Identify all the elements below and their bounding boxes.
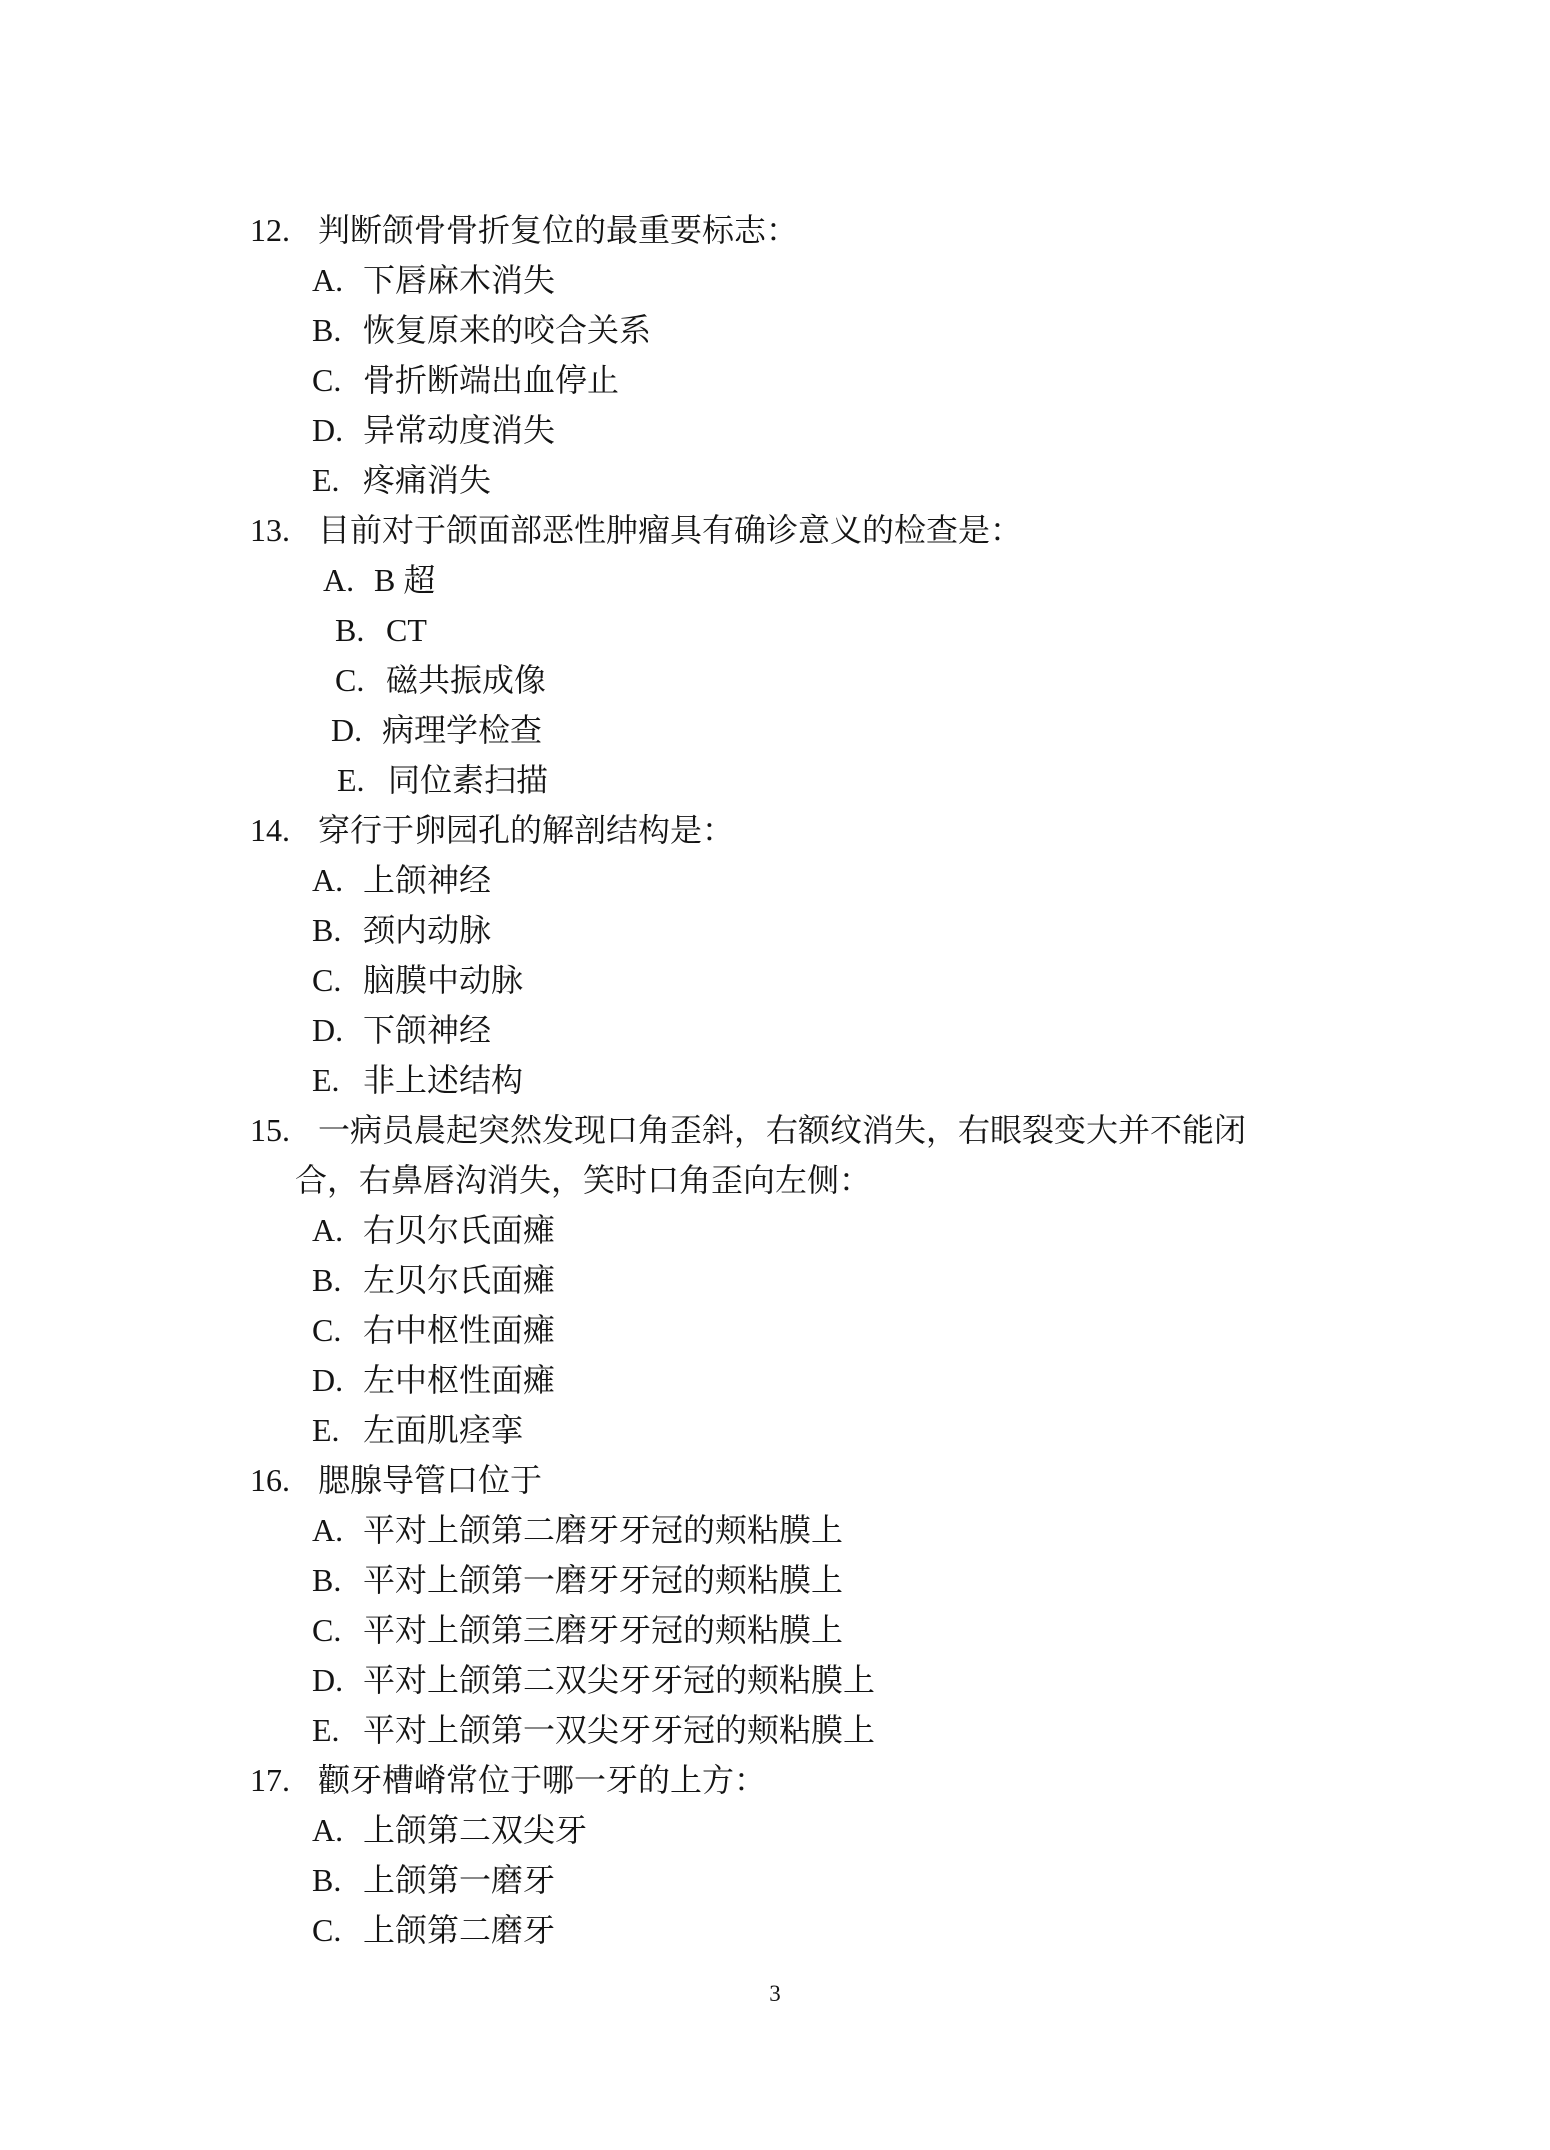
option-line: A.上颌第二双尖牙 bbox=[0, 1805, 1550, 1855]
question-line: 14.穿行于卵园孔的解剖结构是： bbox=[0, 805, 1550, 855]
question-line: 16.腮腺导管口位于 bbox=[0, 1455, 1550, 1505]
option-text: 下唇麻木消失 bbox=[363, 262, 555, 298]
option-text: 左中枢性面瘫 bbox=[363, 1362, 555, 1398]
option-text: 平对上颌第一磨牙牙冠的颊粘膜上 bbox=[363, 1562, 843, 1598]
option-line: B.上颌第一磨牙 bbox=[0, 1855, 1550, 1905]
question-line: 12.判断颌骨骨折复位的最重要标志： bbox=[0, 205, 1550, 255]
option-text: 右中枢性面瘫 bbox=[363, 1312, 555, 1348]
option-letter: E. bbox=[312, 1055, 363, 1105]
option-line: C.脑膜中动脉 bbox=[0, 955, 1550, 1005]
option-text: 下颌神经 bbox=[363, 1012, 491, 1048]
option-line: E.非上述结构 bbox=[0, 1055, 1550, 1105]
question-number: 14. bbox=[250, 805, 318, 855]
option-letter: C. bbox=[312, 955, 363, 1005]
option-text: 磁共振成像 bbox=[386, 662, 546, 698]
option-letter: B. bbox=[312, 305, 363, 355]
option-line: C.磁共振成像 bbox=[0, 655, 1550, 705]
option-text: 平对上颌第一双尖牙牙冠的颊粘膜上 bbox=[363, 1712, 875, 1748]
option-line: C.上颌第二磨牙 bbox=[0, 1905, 1550, 1955]
option-letter: B. bbox=[312, 1255, 363, 1305]
option-line: E.平对上颌第一双尖牙牙冠的颊粘膜上 bbox=[0, 1705, 1550, 1755]
option-letter: D. bbox=[312, 1355, 363, 1405]
option-text: 同位素扫描 bbox=[388, 762, 548, 798]
option-letter: B. bbox=[312, 905, 363, 955]
option-text: 上颌神经 bbox=[363, 862, 491, 898]
option-text: 平对上颌第三磨牙牙冠的颊粘膜上 bbox=[363, 1612, 843, 1648]
option-text: 上颌第二磨牙 bbox=[363, 1912, 555, 1948]
question-text-continuation: 合，右鼻唇沟消失，笑时口角歪向左侧： bbox=[0, 1155, 1550, 1205]
option-letter: D. bbox=[312, 1005, 363, 1055]
option-letter: E. bbox=[337, 755, 388, 805]
option-line: B.平对上颌第一磨牙牙冠的颊粘膜上 bbox=[0, 1555, 1550, 1605]
document-page: 12.判断颌骨骨折复位的最重要标志：A.下唇麻木消失B.恢复原来的咬合关系C.骨… bbox=[0, 0, 1550, 2150]
option-line: B.颈内动脉 bbox=[0, 905, 1550, 955]
option-line: E.同位素扫描 bbox=[0, 755, 1550, 805]
option-text: B 超 bbox=[374, 562, 435, 598]
option-text: 骨折断端出血停止 bbox=[363, 362, 619, 398]
option-letter: C. bbox=[335, 655, 386, 705]
option-letter: E. bbox=[312, 1705, 363, 1755]
option-letter: E. bbox=[312, 455, 363, 505]
question-line: 13.目前对于颌面部恶性肿瘤具有确诊意义的检查是： bbox=[0, 505, 1550, 555]
option-text: 颈内动脉 bbox=[363, 912, 491, 948]
option-text: 左面肌痉挛 bbox=[363, 1412, 523, 1448]
option-text: 平对上颌第二磨牙牙冠的颊粘膜上 bbox=[363, 1512, 843, 1548]
question-line: 15.一病员晨起突然发现口角歪斜，右额纹消失，右眼裂变大并不能闭 bbox=[0, 1105, 1550, 1155]
option-line: B.恢复原来的咬合关系 bbox=[0, 305, 1550, 355]
option-letter: C. bbox=[312, 1905, 363, 1955]
option-letter: A. bbox=[323, 555, 374, 605]
question-text: 判断颌骨骨折复位的最重要标志： bbox=[318, 212, 798, 248]
option-text: 非上述结构 bbox=[363, 1062, 523, 1098]
option-text: 平对上颌第二双尖牙牙冠的颊粘膜上 bbox=[363, 1662, 875, 1698]
question-text: 一病员晨起突然发现口角歪斜，右额纹消失，右眼裂变大并不能闭 bbox=[318, 1112, 1246, 1148]
option-letter: D. bbox=[312, 405, 363, 455]
option-line: E.疼痛消失 bbox=[0, 455, 1550, 505]
question-number: 16. bbox=[250, 1455, 318, 1505]
option-text: 脑膜中动脉 bbox=[363, 962, 523, 998]
option-line: A.上颌神经 bbox=[0, 855, 1550, 905]
option-line: D.下颌神经 bbox=[0, 1005, 1550, 1055]
option-line: A.B 超 bbox=[0, 555, 1550, 605]
option-line: C.右中枢性面瘫 bbox=[0, 1305, 1550, 1355]
question-number: 17. bbox=[250, 1755, 318, 1805]
question-text: 穿行于卵园孔的解剖结构是： bbox=[318, 812, 734, 848]
option-text: 恢复原来的咬合关系 bbox=[363, 312, 651, 348]
page-number: 3 bbox=[0, 1980, 1550, 2008]
option-text: 疼痛消失 bbox=[363, 462, 491, 498]
option-text: 异常动度消失 bbox=[363, 412, 555, 448]
option-letter: D. bbox=[331, 705, 382, 755]
question-text: 颧牙槽嵴常位于哪一牙的上方： bbox=[318, 1762, 766, 1798]
option-letter: B. bbox=[312, 1555, 363, 1605]
option-letter: B. bbox=[312, 1855, 363, 1905]
option-letter: A. bbox=[312, 1505, 363, 1555]
option-letter: C. bbox=[312, 1305, 363, 1355]
option-letter: A. bbox=[312, 1805, 363, 1855]
option-text: CT bbox=[386, 612, 427, 648]
option-text: 上颌第二双尖牙 bbox=[363, 1812, 587, 1848]
option-line: A.下唇麻木消失 bbox=[0, 255, 1550, 305]
option-line: A.右贝尔氏面瘫 bbox=[0, 1205, 1550, 1255]
option-letter: C. bbox=[312, 1605, 363, 1655]
question-list: 12.判断颌骨骨折复位的最重要标志：A.下唇麻木消失B.恢复原来的咬合关系C.骨… bbox=[0, 205, 1550, 1955]
option-letter: A. bbox=[312, 1205, 363, 1255]
option-line: A.平对上颌第二磨牙牙冠的颊粘膜上 bbox=[0, 1505, 1550, 1555]
option-line: C.骨折断端出血停止 bbox=[0, 355, 1550, 405]
option-letter: B. bbox=[335, 605, 386, 655]
question-number: 15. bbox=[250, 1105, 318, 1155]
question-number: 13. bbox=[250, 505, 318, 555]
option-line: B.CT bbox=[0, 605, 1550, 655]
option-line: D.平对上颌第二双尖牙牙冠的颊粘膜上 bbox=[0, 1655, 1550, 1705]
option-line: E.左面肌痉挛 bbox=[0, 1405, 1550, 1455]
option-letter: E. bbox=[312, 1405, 363, 1455]
option-text: 病理学检查 bbox=[382, 712, 542, 748]
question-text: 目前对于颌面部恶性肿瘤具有确诊意义的检查是： bbox=[318, 512, 1022, 548]
option-letter: A. bbox=[312, 255, 363, 305]
option-letter: C. bbox=[312, 355, 363, 405]
option-line: C.平对上颌第三磨牙牙冠的颊粘膜上 bbox=[0, 1605, 1550, 1655]
option-text: 上颌第一磨牙 bbox=[363, 1862, 555, 1898]
option-text: 左贝尔氏面瘫 bbox=[363, 1262, 555, 1298]
option-line: D.异常动度消失 bbox=[0, 405, 1550, 455]
question-number: 12. bbox=[250, 205, 318, 255]
option-letter: A. bbox=[312, 855, 363, 905]
question-text: 腮腺导管口位于 bbox=[318, 1462, 542, 1498]
option-line: B.左贝尔氏面瘫 bbox=[0, 1255, 1550, 1305]
option-line: D.病理学检查 bbox=[0, 705, 1550, 755]
question-line: 17.颧牙槽嵴常位于哪一牙的上方： bbox=[0, 1755, 1550, 1805]
option-letter: D. bbox=[312, 1655, 363, 1705]
option-line: D.左中枢性面瘫 bbox=[0, 1355, 1550, 1405]
option-text: 右贝尔氏面瘫 bbox=[363, 1212, 555, 1248]
